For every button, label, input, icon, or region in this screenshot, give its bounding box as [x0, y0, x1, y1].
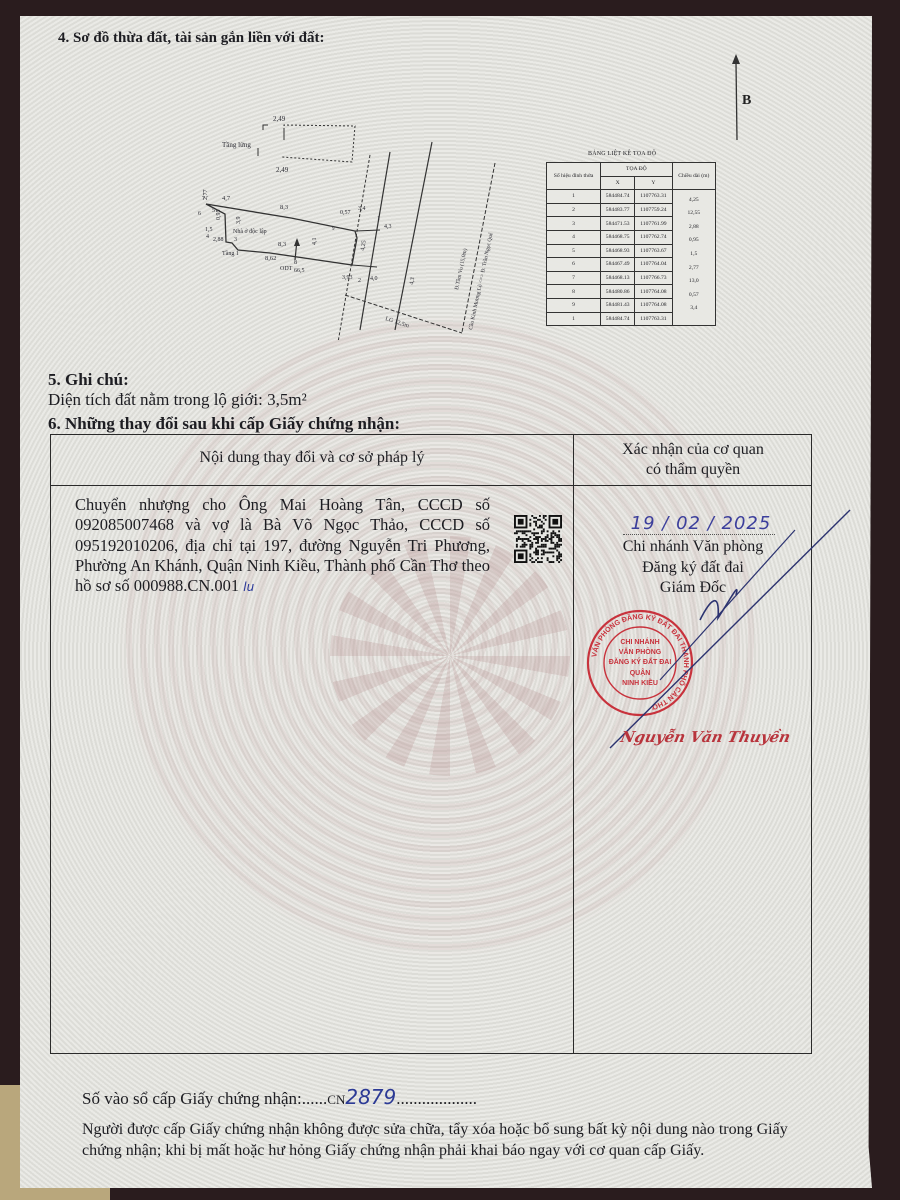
- coord-header-length: Chiều dài (m): [672, 163, 715, 190]
- svg-text:2,88: 2,88: [213, 237, 224, 243]
- coord-row: 8584480.861107764.080,57: [547, 285, 716, 299]
- svg-text:4,3: 4,3: [384, 224, 392, 230]
- svg-text:0,95: 0,95: [216, 210, 222, 221]
- svg-text:3,9: 3,9: [236, 217, 242, 225]
- svg-text:Tầng lửng: Tầng lửng: [222, 141, 251, 149]
- handwritten-initials: lu: [243, 580, 254, 594]
- parcel-sketch-map: 2,49 2,49 Tầng lửng 7 4,7 8,3 0,57 3,4 1…: [180, 90, 540, 340]
- coord-row: 1584484.741107763.31: [547, 312, 716, 326]
- svg-text:8,62: 8,62: [265, 255, 276, 262]
- svg-text:3: 3: [234, 237, 237, 243]
- section-5-note: Diện tích đất nằm trong lộ giới: 3,5m²: [48, 390, 307, 410]
- svg-text:4,1: 4,1: [312, 238, 318, 246]
- change-content: Chuyển nhượng cho Ông Mai Hoàng Tân, CCC…: [75, 495, 490, 597]
- svg-text:4,3: 4,3: [409, 277, 416, 285]
- signer-name: Nguyễn Văn Thuyền: [619, 728, 792, 746]
- svg-text:4: 4: [206, 234, 209, 240]
- coord-table-title: BẢNG LIỆT KÊ TỌA ĐỘ: [588, 151, 656, 157]
- north-arrow-icon: B: [726, 52, 756, 142]
- header-confirm: Xác nhận của cơ quan có thẩm quyền: [573, 440, 813, 480]
- warning-notice: Người được cấp Giấy chứng nhận không đượ…: [82, 1120, 822, 1161]
- svg-text:1: 1: [377, 216, 380, 222]
- header-divider: [51, 485, 811, 486]
- svg-text:4,0: 4,0: [370, 276, 378, 282]
- svg-text:ODT: ODT: [280, 266, 293, 272]
- coord-header-y: Y: [635, 176, 672, 190]
- svg-text:8: 8: [294, 260, 297, 266]
- svg-text:9: 9: [332, 227, 335, 232]
- svg-text:66,5: 66,5: [294, 268, 305, 274]
- svg-text:Đ.Tầm Vu (15,0m): Đ.Tầm Vu (15,0m): [453, 248, 469, 291]
- svg-text:3,93: 3,93: [342, 275, 353, 281]
- svg-text:3,4: 3,4: [358, 206, 366, 212]
- register-number-line: Số vào sổ cấp Giấy chứng nhận:......CN28…: [82, 1085, 477, 1109]
- section-6-heading: 6. Những thay đổi sau khi cấp Giấy chứng…: [48, 414, 400, 434]
- svg-text:5: 5: [212, 208, 215, 214]
- svg-text:0,57: 0,57: [340, 210, 351, 216]
- svg-text:2: 2: [358, 278, 361, 284]
- section-5-heading: 5. Ghi chú:: [48, 370, 129, 390]
- svg-text:Nhà ở độc lập: Nhà ở độc lập: [233, 229, 267, 235]
- signature-strokes: [560, 500, 860, 760]
- svg-text:6: 6: [198, 211, 201, 217]
- svg-text:B: B: [742, 93, 751, 108]
- coord-header-coords: TỌA ĐỘ: [601, 163, 672, 177]
- coord-row: 5584468.931107763.671,5: [547, 244, 716, 258]
- svg-text:4,7: 4,7: [222, 195, 231, 202]
- coord-row: 6584467.491107764.042,77: [547, 258, 716, 272]
- coord-row: 7584468.131107766.7313,0: [547, 271, 716, 285]
- section-4-heading: 4. Sơ đồ thừa đất, tài sản gắn liền với …: [58, 30, 325, 47]
- svg-text:Cầu Kinh Mương Lộ <=> Đ. Trần: Cầu Kinh Mương Lộ <=> Đ. Trần Ngọc Quế: [467, 232, 495, 331]
- coord-row: 4584468.751107762.740,95: [547, 230, 716, 244]
- coordinate-table: Số hiệu đỉnh thửa TỌA ĐỘ Chiều dài (m) X…: [546, 162, 716, 326]
- svg-text:1,5: 1,5: [205, 227, 213, 233]
- qr-code[interactable]: [514, 515, 562, 563]
- coord-row: 3584471.531107761.992,88: [547, 217, 716, 231]
- svg-text:Tầng 1: Tầng 1: [222, 250, 239, 257]
- coord-header-point: Số hiệu đỉnh thửa: [547, 163, 601, 190]
- coord-header-x: X: [601, 176, 635, 190]
- svg-text:8,3: 8,3: [280, 204, 288, 211]
- coord-row: 9584481.431107764.083,4: [547, 298, 716, 312]
- svg-text:2,49: 2,49: [273, 115, 286, 123]
- svg-text:8,3: 8,3: [278, 241, 286, 248]
- svg-text:2,77: 2,77: [203, 190, 209, 201]
- svg-text:2,49: 2,49: [276, 166, 289, 174]
- svg-text:4,25: 4,25: [360, 240, 368, 251]
- header-content: Nội dung thay đổi và cơ sở pháp lý: [51, 449, 573, 467]
- coord-row: 2584483.771107759.2412,55: [547, 203, 716, 217]
- coord-row: 1584484.741107763.314,25: [547, 190, 716, 204]
- register-number: 2879: [345, 1085, 396, 1109]
